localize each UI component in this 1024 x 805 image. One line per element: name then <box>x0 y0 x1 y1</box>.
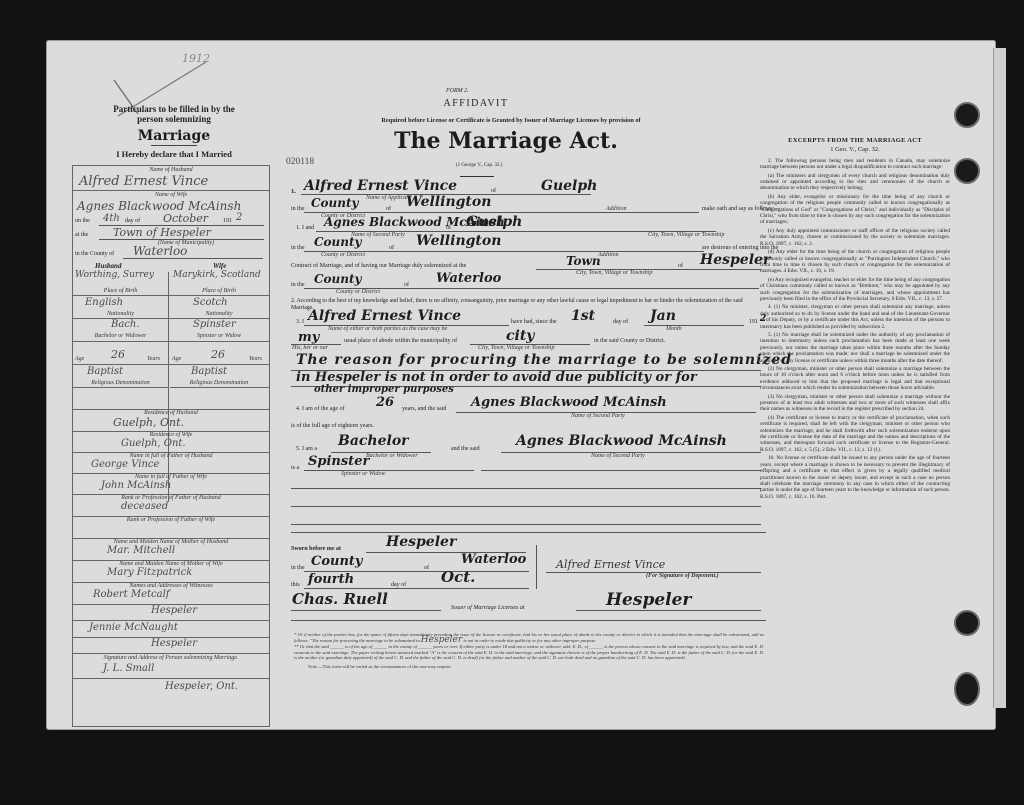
solemnizer-address: Hespeler, Ont. <box>165 681 238 692</box>
p3-name: Alfred Ernest Vince <box>308 308 461 324</box>
sworn-in-the: in the <box>291 565 305 571</box>
father-wife-value: John McAinsh <box>101 480 171 491</box>
page-stack-edge <box>993 48 1006 708</box>
solemnizer-label: Signature and Address of Person solemniz… <box>73 655 269 661</box>
in-the-label: in the <box>291 206 305 212</box>
p4-prefix: 4. I am of the age of <box>296 406 344 412</box>
affidavit-subtitle: Required before License or Certificate i… <box>296 117 726 124</box>
husband-nationality: English <box>85 297 123 308</box>
binder-hole-icon <box>954 158 980 184</box>
p4-name: Agnes Blackwood McAinsh <box>471 395 667 410</box>
p1-number: 1. <box>291 188 296 195</box>
excerpt-paragraph: (b) Any elder, evangelist or missionary … <box>760 194 950 226</box>
bracket <box>536 545 537 589</box>
header-line-2: person solemnizing <box>76 114 272 124</box>
p5-mid: and the said <box>451 446 480 452</box>
p4-age: 26 <box>376 395 394 410</box>
deponent-signature: Alfred Ernest Vince <box>556 558 665 571</box>
month-caption: Month <box>666 326 682 332</box>
municipality-value: Town of Hespeler <box>113 226 211 239</box>
excerpts-citation: 1 Geo. V., Cap. 32. <box>760 147 950 153</box>
contract-text: Contract of Marriage, and of having our … <box>291 263 466 269</box>
county-district-caption: County or District <box>336 289 380 295</box>
witness-2-name: Jennie McNaught <box>89 622 178 633</box>
excerpt-paragraph: (a) The ministers and clergymen of every… <box>760 173 950 192</box>
reason-line-3: other improper purposes <box>314 384 454 395</box>
husband-status: Bach. <box>111 319 140 330</box>
rank-father-husband-label: Rank or Profession of Father of Husband <box>73 495 269 501</box>
applicant-city: Guelph <box>541 178 597 194</box>
excerpt-paragraph: 5. (1) No marriage shall be solemnized u… <box>760 332 950 364</box>
wife-nationality: Scotch <box>193 297 228 308</box>
sworn-day: fourth <box>308 572 354 587</box>
excerpts-title: EXCERPTS FROM THE MARRIAGE ACT <box>760 138 950 144</box>
husband-name-value: Alfred Ernest Vince <box>79 174 208 189</box>
husband-birthplace-label: Place of Birth <box>73 288 168 294</box>
excerpt-paragraph: (d) Any elder for the time being of the … <box>760 249 950 275</box>
of-label: of <box>491 188 496 194</box>
p5-status: Bachelor <box>338 433 409 449</box>
city-town-caption: City, Town, Village or Township <box>648 232 724 238</box>
deponent-caption: (For Signature of Deponent.) <box>646 573 719 579</box>
p4-suffix: is of the full age of eighteen years. <box>291 423 374 429</box>
affidavit-title: AFFIDAVIT <box>396 98 556 109</box>
husband-birthplace: Worthing, Surrey <box>75 270 154 280</box>
p5-wife-status: Spinster <box>308 454 369 469</box>
applicant-county: Wellington <box>406 194 491 210</box>
husband-age-value: 26 <box>111 348 125 361</box>
husband-religion-label: Religious Denomination <box>73 380 168 386</box>
excerpt-paragraph: (c) Any duly appointed commissioner or s… <box>760 228 950 247</box>
at-the-label: at the <box>75 232 88 238</box>
second-party-county: Wellington <box>416 233 501 249</box>
header-line-1: Particulars to be filled in by the <box>76 104 272 114</box>
on-the-label: on the <box>75 218 90 224</box>
wife-religion: Baptist <box>191 366 227 377</box>
day-of-label: day of <box>125 218 140 224</box>
sworn-label-text: Sworn before me at <box>291 546 341 552</box>
mother-husband-value: Mar. Mitchell <box>107 545 175 556</box>
father-husband-value: George Vince <box>91 459 159 470</box>
p3-usual-text: usual place of abode within the municipa… <box>344 338 457 344</box>
p3-month: Jan <box>650 308 676 324</box>
in-the-label: in the <box>291 245 305 251</box>
applicant-caption: Name of Applicant <box>366 195 411 201</box>
city-town-caption: City, Town, Village or Township <box>576 270 652 276</box>
p3-county-text: in the said County or District. <box>594 338 665 344</box>
footnote-note: Note.—This form will be varied as the ci… <box>294 664 764 670</box>
reason-line-1: The reason for procuring the marriage to… <box>296 352 792 368</box>
addition-caption: Addition <box>598 252 619 258</box>
bachelor-caption: Bachelor or Widower <box>366 453 418 459</box>
sworn-label: Sworn before me at <box>291 546 341 552</box>
spinster-label: Spinster or Widow <box>169 333 269 339</box>
bachelor-label: Bachelor or Widower <box>73 333 168 339</box>
left-panel-header: Particulars to be filled in by the perso… <box>76 104 272 124</box>
wife-birthplace: Marykirk, Scotland <box>173 270 261 280</box>
p5-prefix: 5. I am a <box>296 446 317 452</box>
p3-day-of: day of <box>613 319 628 325</box>
county-district-caption: County or District <box>321 252 365 258</box>
marriage-month-value: October <box>163 212 208 225</box>
wife-name-label: Name of Wife <box>73 192 269 198</box>
act-citation: (1 George V., Cap. 32.) <box>456 163 502 168</box>
second-party-county-type: County <box>314 235 362 249</box>
year-prefix: 191 <box>223 218 232 224</box>
husband-age-label: Age <box>75 356 84 362</box>
footnote: * Or if neither of the parties has, for … <box>294 632 764 670</box>
witness-1-address: Hespeler <box>151 605 197 616</box>
solemnized-county-type: County <box>314 272 362 286</box>
excerpt-paragraph: (4) The certificate or license to marry … <box>760 415 950 453</box>
excerpt-paragraph: 4. (1) No minister, clergyman or other p… <box>760 304 950 330</box>
act-title: The Marriage Act. <box>346 128 666 154</box>
husband-heading: Husband <box>95 262 121 270</box>
divider <box>151 145 197 146</box>
mother-wife-value: Mary Fitzpatrick <box>107 567 192 578</box>
city-town-caption: City, Town, Village or Township <box>478 345 554 351</box>
form-label: FORM 2. <box>446 88 469 94</box>
second-party-caption: Name of Second Party <box>591 453 645 459</box>
witness-2-address: Hespeler <box>151 638 197 649</box>
wife-birthplace-label: Place of Birth <box>169 288 269 294</box>
marriage-particulars-table: Name of Husband Alfred Ernest Vince Name… <box>72 165 270 727</box>
excerpt-paragraph: 16. No license or certificate shall be i… <box>760 455 950 500</box>
p3-pronoun-caption: His, her or our <box>292 345 328 351</box>
spinster-caption: Spinster or Widow <box>341 471 385 477</box>
p3-name-caption: Name of either or both parties as the ca… <box>328 326 447 332</box>
sworn-county: Waterloo <box>461 552 526 567</box>
marriage-year-value: 2 <box>236 212 242 223</box>
p3-municipality: city <box>506 328 534 344</box>
binder-hole-icon <box>954 672 980 706</box>
p3-year-prefix: 191 <box>749 319 758 325</box>
p4-mid: years, and the said <box>402 406 446 412</box>
solemnized-county: Waterloo <box>436 271 501 286</box>
county-value: Waterloo <box>133 244 187 258</box>
marriage-affidavit-page: 1912 Particulars to be filled in by the … <box>46 40 996 730</box>
wife-age-label: Age <box>172 356 181 362</box>
husband-religion: Baptist <box>87 366 123 377</box>
rank-father-husband-value: deceased <box>121 501 168 512</box>
corner-pencil-note: 1912 <box>182 52 210 65</box>
residence-wife-value: Guelph, Ont. <box>121 438 186 449</box>
husband-nationality-label: Nationality <box>73 311 168 317</box>
p3-prefix: 3. I <box>296 319 304 325</box>
wife-age-value: 26 <box>211 348 225 361</box>
wife-religion-label: Religious Denomination <box>169 380 269 386</box>
footnote-handwritten-place: Hespeler <box>421 635 462 645</box>
issuer-label: Issuer of Marriage Licenses at <box>451 605 525 611</box>
marriage-day-value: 4th <box>103 213 120 224</box>
sworn-county-type: County <box>311 554 362 569</box>
excerpt-paragraph: 2. The following persons being men and r… <box>760 158 950 171</box>
solemnized-type: Town <box>566 254 601 268</box>
sworn-month: Oct. <box>441 568 475 586</box>
in-the-label: in the <box>291 282 305 288</box>
p5-name: Agnes Blackwood McAinsh <box>516 433 727 449</box>
issuer-signature: Chas. Ruell <box>292 590 388 608</box>
issuer-place: Hespeler <box>606 590 691 610</box>
sworn-place: Hespeler <box>386 534 456 550</box>
p5-is-a: is a <box>291 465 299 471</box>
wife-heading: Wife <box>213 262 226 270</box>
footnote-text-2: ** Or that the said ______ is of the age… <box>294 644 764 661</box>
reason-line-2: in Hespeler is not in order to avoid due… <box>296 370 697 385</box>
p1b-prefix: 1. I and <box>296 225 314 231</box>
rank-father-wife-label: Rank or Profession of Father of Wife <box>73 517 269 523</box>
serial-number: 020118 <box>286 157 314 167</box>
excerpt-paragraph: (e) Any recognized evangelist, teacher o… <box>760 277 950 303</box>
p3-have-had: have had, since the <box>511 319 557 325</box>
this-label: this <box>291 582 300 588</box>
wife-name-value: Agnes Blackwood McAinsh <box>77 199 241 213</box>
wife-nationality-label: Nationality <box>169 311 269 317</box>
binder-hole-icon <box>954 610 980 636</box>
residence-husband-value: Guelph, Ont. <box>113 416 184 429</box>
marriage-heading: Marriage <box>76 128 272 144</box>
applicant-county-type: County <box>311 196 359 210</box>
witness-1-name: Robert Metcalf <box>93 589 169 600</box>
declare-text: I Hereby declare that I Married <box>74 149 274 159</box>
wife-years-label: Years <box>249 356 262 362</box>
footnote-text-1b: is not in order to evade due publicity o… <box>463 638 596 643</box>
county-label: in the County of <box>75 251 114 257</box>
p3-pronoun: my <box>298 330 319 345</box>
second-party-city: Guelph <box>466 214 522 230</box>
wife-status: Spinster <box>193 319 236 330</box>
binder-hole-icon <box>954 102 980 128</box>
excerpt-paragraph: (2) No clergyman, minister or other pers… <box>760 366 950 392</box>
second-party-caption: Name of Second Party <box>571 413 625 419</box>
applicant-name: Alfred Ernest Vince <box>304 178 457 194</box>
excerpt-paragraph: (3) No clergyman, minister or other pers… <box>760 394 950 413</box>
husband-years-label: Years <box>147 356 160 362</box>
p3-day: 1st <box>571 308 595 324</box>
solemnizer-name: J. L. Small <box>103 663 154 674</box>
divider <box>460 176 494 177</box>
husband-name-label: Name of Husband <box>73 167 269 173</box>
addition-caption: Addition <box>606 206 627 212</box>
excerpts-panel: EXCERPTS FROM THE MARRIAGE ACT 1 Geo. V.… <box>760 138 950 502</box>
